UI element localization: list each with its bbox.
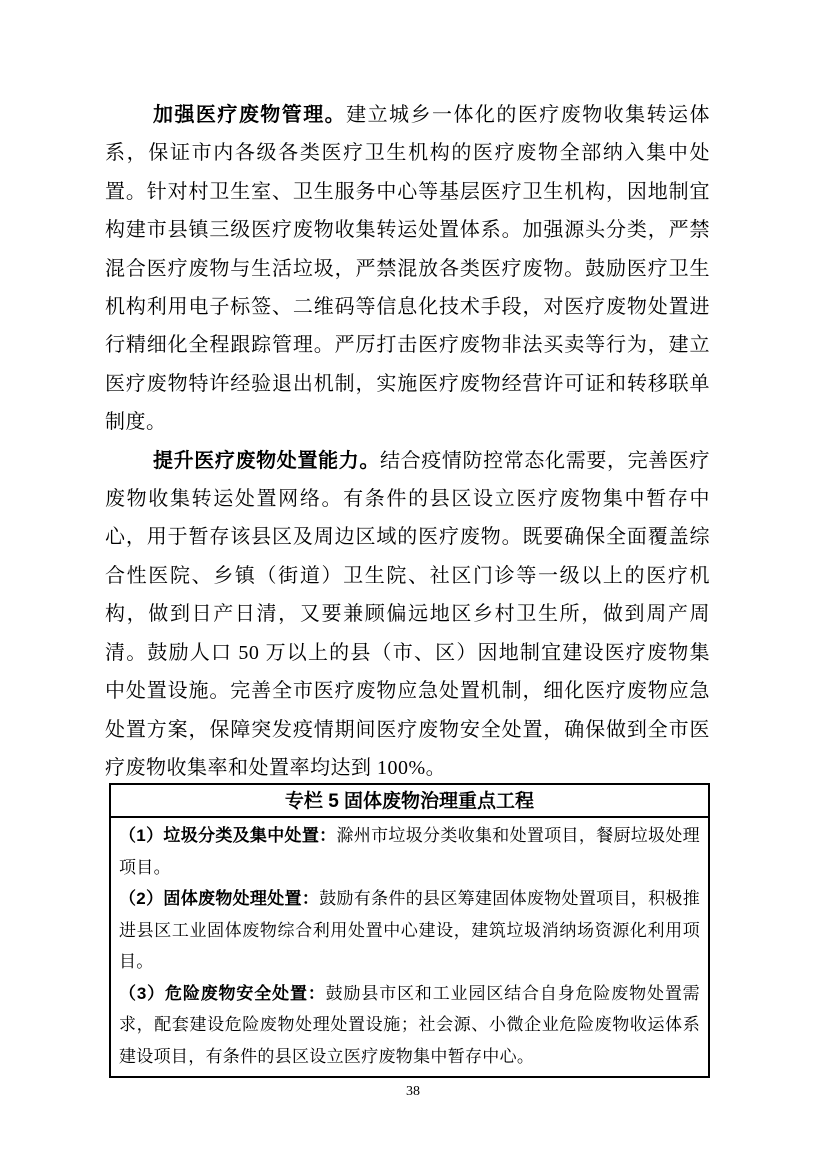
column-5-box-body: （1）垃圾分类及集中处置：滁州市垃圾分类收集和处置项目，餐厨垃圾处理项目。 （2… bbox=[111, 818, 708, 1076]
paragraph-improve-disposal-capacity: 提升医疗废物处置能力。结合疫情防控常态化需要，完善医疗废物收集转运处置网络。有条… bbox=[105, 442, 710, 788]
paragraph-1-body: 建立城乡一体化的医疗废物收集转运体系，保证市内各级各类医疗卫生机构的医疗废物全部… bbox=[105, 104, 710, 433]
box-item-solid-waste-disposal: （2）固体废物处理处置：鼓励有条件的县区筹建固体废物处置项目，积极推进县区工业固… bbox=[119, 883, 700, 978]
box-item-3-lead: （3）危险废物安全处置： bbox=[119, 984, 326, 1003]
paragraph-1-lead: 加强医疗废物管理。 bbox=[153, 104, 346, 126]
box-item-hazardous-waste-disposal: （3）危险废物安全处置：鼓励县市区和工业园区结合自身危险废物处置需求，配套建设危… bbox=[119, 978, 700, 1073]
page-number: 38 bbox=[0, 1084, 826, 1100]
column-5-box-title: 专栏 5 固体废物治理重点工程 bbox=[111, 785, 708, 818]
paragraph-strengthen-medical-waste-management: 加强医疗废物管理。建立城乡一体化的医疗废物收集转运体系，保证市内各级各类医疗卫生… bbox=[105, 96, 710, 442]
paragraph-2-lead: 提升医疗废物处置能力。 bbox=[153, 450, 380, 472]
column-5-box: 专栏 5 固体废物治理重点工程 （1）垃圾分类及集中处置：滁州市垃圾分类收集和处… bbox=[109, 783, 710, 1078]
document-page: 加强医疗废物管理。建立城乡一体化的医疗废物收集转运体系，保证市内各级各类医疗卫生… bbox=[0, 0, 826, 1169]
page-content: 加强医疗废物管理。建立城乡一体化的医疗废物收集转运体系，保证市内各级各类医疗卫生… bbox=[105, 96, 710, 1078]
box-item-2-lead: （2）固体废物处理处置： bbox=[119, 889, 319, 908]
box-item-waste-sorting: （1）垃圾分类及集中处置：滁州市垃圾分类收集和处置项目，餐厨垃圾处理项目。 bbox=[119, 820, 700, 883]
paragraph-2-body: 结合疫情防控常态化需要，完善医疗废物收集转运处置网络。有条件的县区设立医疗废物集… bbox=[105, 450, 710, 779]
box-item-1-lead: （1）垃圾分类及集中处置： bbox=[119, 826, 336, 845]
